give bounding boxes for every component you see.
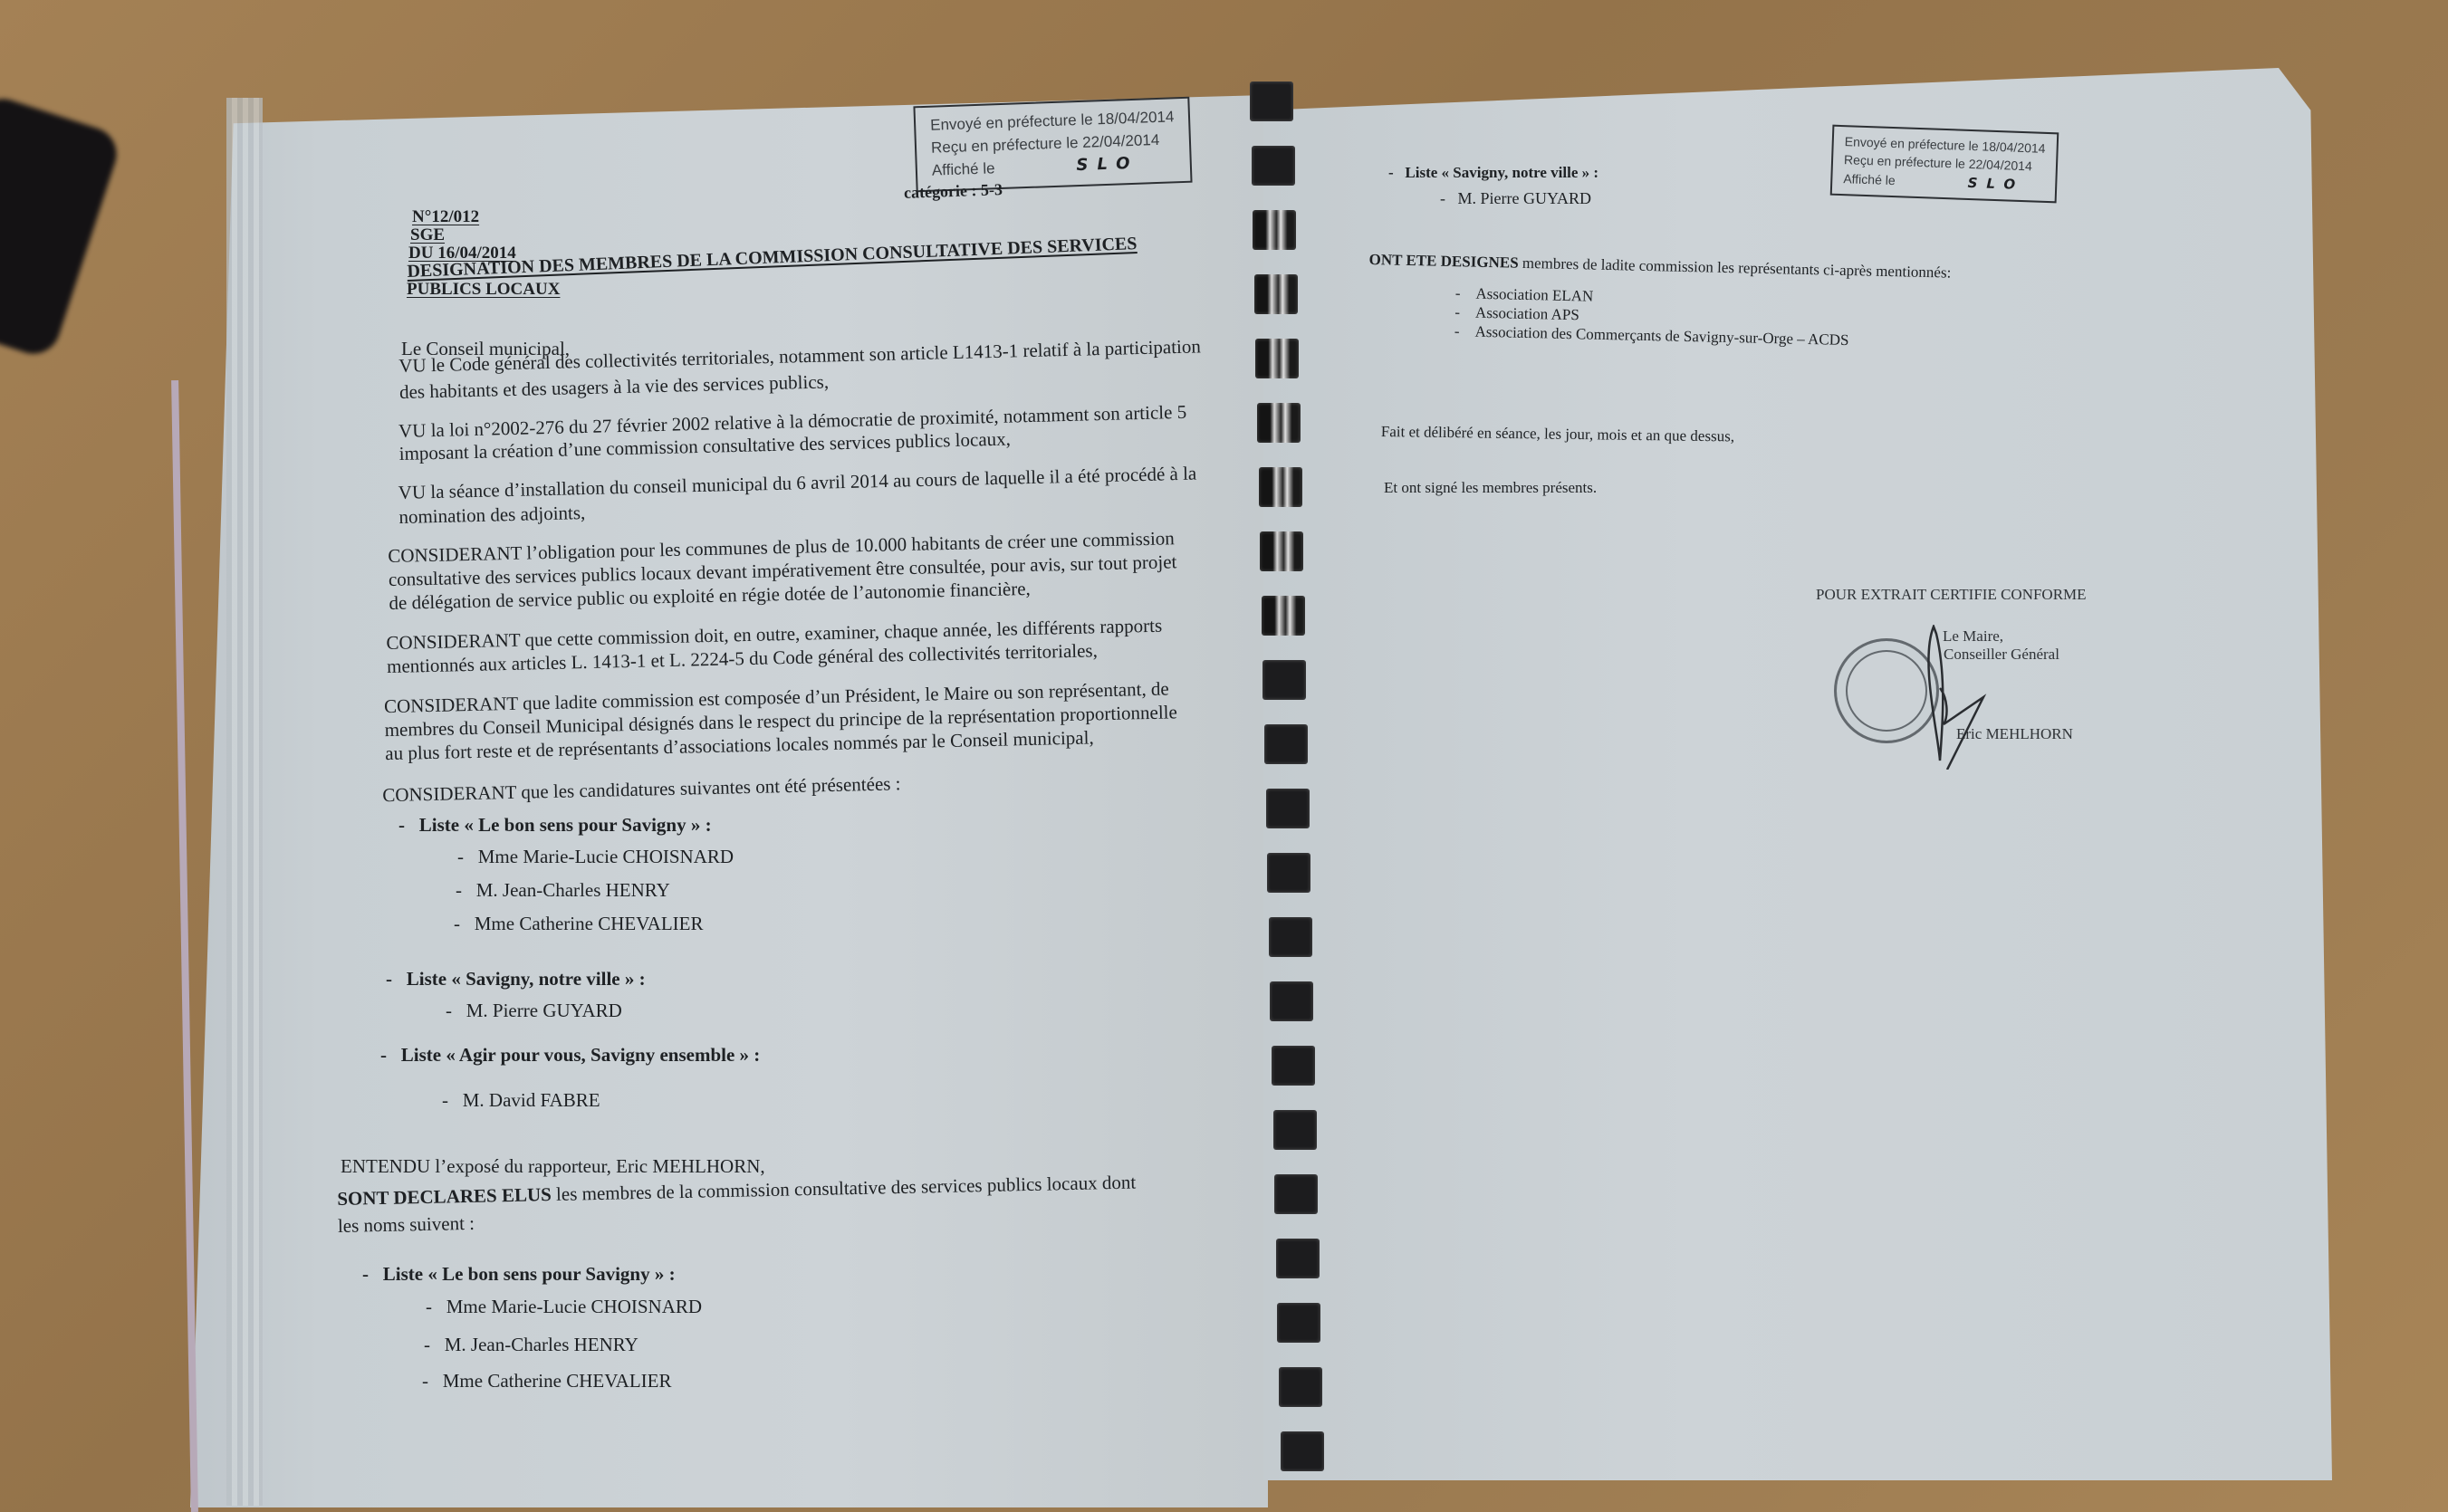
maire-subtitle: Conseiller Général <box>1944 645 2059 664</box>
elus-line2: les noms suivent : <box>338 1211 475 1239</box>
binding-ring-icon <box>1281 1431 1324 1471</box>
candidature-list-1: - Liste « Le bon sens pour Savigny » : <box>398 813 712 837</box>
binding-ring-icon <box>1276 1239 1320 1278</box>
elected-name: M. Jean-Charles HENRY <box>445 1334 638 1355</box>
binding-ring-icon <box>1262 660 1306 700</box>
binding-ring-icon <box>1272 1046 1315 1086</box>
vu-3-line2: nomination des adjoints, <box>398 500 586 531</box>
elected-name: Mme Marie-Lucie CHOISNARD <box>446 1296 702 1317</box>
stamp-posted-label: Affiché le <box>932 160 995 179</box>
binding-ring-icon <box>1262 596 1305 636</box>
binding-ring-icon <box>1259 467 1302 507</box>
deliberation-title-line2: PUBLICS LOCAUX <box>407 279 560 301</box>
elected-member: - Mme Marie-Lucie CHOISNARD <box>426 1295 702 1318</box>
continued-list: - Liste « Savigny, notre ville » : <box>1388 163 1598 182</box>
continued-member-name: M. Pierre GUYARD <box>1458 189 1592 207</box>
prefecture-stamp-left: Envoyé en préfecture le 18/04/2014 Reçu … <box>913 97 1193 193</box>
list-3-name: Liste « Agir pour vous, Savigny ensemble… <box>401 1044 761 1066</box>
association: - Association APS <box>1454 303 1579 324</box>
binding-ring-icon <box>1273 1110 1317 1150</box>
page-stack-edges <box>226 98 263 1506</box>
elected-member: - Mme Catherine CHEVALIER <box>422 1369 672 1392</box>
binding-ring-icon <box>1253 210 1296 250</box>
candidate: - Mme Catherine CHEVALIER <box>454 912 704 935</box>
candidate: - M. Jean-Charles HENRY <box>456 878 670 902</box>
slo-mark: SLO <box>1967 175 2024 193</box>
binding-ring-icon <box>1252 146 1295 186</box>
candidate-name: M. Jean-Charles HENRY <box>476 879 670 901</box>
list-1-name: Liste « Le bon sens pour Savigny » : <box>419 814 712 836</box>
page-edge-line <box>171 380 198 1512</box>
candidature-list-3: - Liste « Agir pour vous, Savigny ensemb… <box>380 1043 760 1067</box>
maire-name: Eric MEHLHORN <box>1956 724 2073 743</box>
binding-ring-icon <box>1260 531 1303 571</box>
continued-list-name: Liste « Savigny, notre ville » : <box>1405 164 1598 181</box>
designes-bold: ONT ETE DESIGNES <box>1368 251 1518 272</box>
association-name: Association APS <box>1475 304 1579 324</box>
candidature-list-2: - Liste « Savigny, notre ville » : <box>386 967 646 990</box>
left-page <box>190 95 1268 1507</box>
binding-ring-icon <box>1279 1367 1322 1407</box>
binding-ring-icon <box>1250 81 1293 121</box>
binding-ring-icon <box>1257 403 1301 443</box>
candidate-name: Mme Catherine CHEVALIER <box>475 913 704 934</box>
slo-mark: SLO <box>1076 154 1139 175</box>
binding-ring-icon <box>1270 981 1313 1021</box>
categorie-label: catégorie : 5-3 <box>904 179 1003 203</box>
signe-text: Et ont signé les membres présents. <box>1384 478 1597 497</box>
candidate-name: M. Pierre GUYARD <box>466 1000 622 1021</box>
binding-ring-icon <box>1266 789 1310 828</box>
candidate-name: M. David FABRE <box>463 1089 600 1111</box>
binding-ring-icon <box>1274 1174 1318 1214</box>
candidate: - Mme Marie-Lucie CHOISNARD <box>457 845 734 868</box>
candidate-name: Mme Marie-Lucie CHOISNARD <box>478 846 734 867</box>
elected-name: Mme Catherine CHEVALIER <box>443 1370 672 1392</box>
candidate: - M. Pierre GUYARD <box>446 999 622 1022</box>
list-2-name: Liste « Savigny, notre ville » : <box>407 968 646 990</box>
elus-bold: SONT DECLARES ELUS <box>337 1183 552 1210</box>
entendu-text: ENTENDU l’exposé du rapporteur, Eric MEH… <box>341 1154 765 1178</box>
binding-ring-icon <box>1255 339 1299 378</box>
candidate: - M. David FABRE <box>442 1088 600 1112</box>
association: - Association ELAN <box>1455 284 1594 305</box>
binding-ring-icon <box>1267 853 1310 893</box>
dark-object-corner <box>0 92 123 361</box>
binding-ring-icon <box>1254 274 1298 314</box>
binding-ring-icon <box>1277 1303 1320 1343</box>
binding-ring-icon <box>1269 917 1312 957</box>
certifie-text: POUR EXTRAIT CERTIFIE CONFORME <box>1816 585 2087 604</box>
elus-list: - Liste « Le bon sens pour Savigny » : <box>362 1262 676 1286</box>
designes-rest: membres de ladite commission les représe… <box>1518 254 1951 282</box>
stamp-posted-label: Affiché le <box>1843 171 1896 187</box>
association-name: Association ELAN <box>1475 285 1593 305</box>
spiral-binding <box>1250 81 1331 1494</box>
elected-member: - M. Jean-Charles HENRY <box>424 1333 638 1356</box>
elus-list-name: Liste « Le bon sens pour Savigny » : <box>383 1263 676 1285</box>
prefecture-stamp-right: Envoyé en préfecture le 18/04/2014 Reçu … <box>1830 125 2059 204</box>
maire-title: Le Maire, <box>1943 627 2003 646</box>
continued-member: - M. Pierre GUYARD <box>1440 188 1591 209</box>
binding-ring-icon <box>1264 724 1308 764</box>
